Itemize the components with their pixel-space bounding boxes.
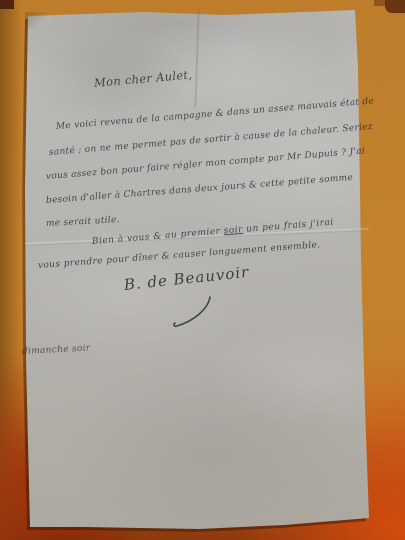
letter-date-note: dimanche soir (22, 343, 91, 357)
handwriting-layer: Mon cher Aulet, Me voici revenu de la ca… (0, 0, 405, 540)
letter-salutation: Mon cher Aulet, (93, 67, 192, 90)
closing-text-post: un peu frais j'irai (243, 218, 335, 235)
letter-body-line-5: me serait utile. (46, 215, 120, 229)
photo-background: Mon cher Aulet, Me voici revenu de la ca… (0, 0, 405, 540)
closing-text-pre: Bien à vous & au premier (92, 226, 225, 247)
signature-flourish-stroke (170, 295, 222, 333)
signature: B. de Beauvoir (123, 263, 250, 294)
closing-underlined-word: soir (223, 225, 243, 237)
letter-closing-line-2: vous prendre pour dîner & causer longuem… (38, 240, 321, 271)
